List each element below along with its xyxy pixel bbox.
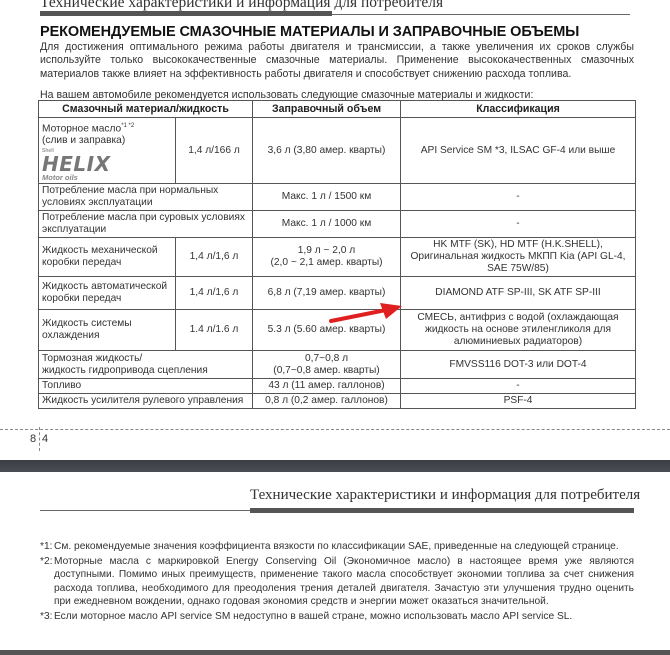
page-gap-band — [0, 460, 670, 472]
row-classification: - — [401, 379, 636, 394]
row-classification: DIAMOND ATF SP-III, SK ATF SP-III — [401, 277, 636, 310]
row-volume: 43 л (11 амер. галлонов) — [253, 379, 401, 394]
footnote-2: *2: Моторные масла с маркировкой Energy … — [40, 555, 634, 608]
table-row: Потребление масла при суровых условиях э… — [39, 211, 636, 238]
row-name: Жидкость системы охлаждения — [39, 310, 176, 351]
row-volume: 1,9 л ~ 2,0 л — [298, 245, 355, 256]
table-row: Потребление масла при нормальных условия… — [39, 184, 636, 211]
row-sub-volume: 1,4 л/1,6 л — [176, 277, 253, 310]
row-volume: 0,8 л (0,2 амер. галлонов) — [253, 394, 401, 409]
row-volume-2: (2,0 ~ 2,1 амер. кварты) — [270, 257, 382, 268]
lubricants-table: Смазочный материал/жидкость Заправочный … — [38, 100, 636, 409]
row-classification: API Service SM *3, ILSAC GF-4 или выше — [401, 118, 636, 184]
row-volume-cell: 0,7~0,8 л (0,7~0,8 амер. кварты) — [253, 351, 401, 379]
table-row: Тормозная жидкость/ жидкость гидропривод… — [39, 351, 636, 379]
row-classification: PSF-4 — [401, 394, 636, 409]
row-name-cell: Моторное масло*1 *2 (слив и заправка) Sh… — [39, 118, 176, 184]
bottom-edge — [0, 650, 670, 655]
row-name: Моторное масло — [42, 123, 121, 134]
shell-helix-logo: Shell HELIX Motor oils — [42, 149, 172, 182]
footnote-marker: *1: — [40, 540, 54, 553]
row-classification: СМЕСЬ, антифриз с водой (охлаждающая жид… — [401, 310, 636, 351]
row-volume: Макс. 1 л / 1000 км — [253, 211, 401, 238]
row-name: Тормозная жидкость/ — [42, 353, 142, 364]
footnotes: *1: См. рекомендуемые значения коэффицие… — [40, 540, 634, 625]
row-name: Жидкость усилителя рулевого управления — [39, 394, 253, 409]
header2-bar — [250, 508, 634, 513]
footnote-text: Моторные масла с маркировкой Energy Cons… — [54, 555, 634, 608]
row-volume-2: (0,7~0,8 амер. кварты) — [273, 365, 379, 376]
section-title: РЕКОМЕНДУЕМЫЕ СМАЗОЧНЫЕ МАТЕРИАЛЫ И ЗАПР… — [40, 24, 579, 40]
table-row: Топливо 43 л (11 амер. галлонов) - — [39, 379, 636, 394]
row-classification: FMVSS116 DOT-3 или DOT-4 — [401, 351, 636, 379]
header-bar — [40, 11, 332, 16]
row-classification: - — [401, 211, 636, 238]
header-classification: Классификация — [401, 101, 636, 118]
intro-paragraph: Для достижения оптимального режима работ… — [40, 41, 634, 81]
row-name: Топливо — [39, 379, 253, 394]
header-volume: Заправочный объем — [253, 101, 401, 118]
row-volume: 0,7~0,8 л — [305, 353, 348, 364]
row-sub-volume: 1.4 л/1.6 л — [176, 310, 253, 351]
page-number-divider — [39, 427, 40, 451]
page-number-right: 4 — [42, 433, 48, 445]
footnote-text: Если моторное масло API service SM недос… — [54, 610, 634, 623]
page-divider-dashed — [0, 429, 670, 430]
table-row: Жидкость механической коробки передач 1,… — [39, 238, 636, 277]
footnote-marker: *1 *2 — [121, 123, 134, 129]
header2-rule — [40, 510, 250, 511]
footnote-text: См. рекомендуемые значения коэффициента … — [54, 540, 634, 553]
header-lubricant: Смазочный материал/жидкость — [39, 101, 253, 118]
footnote-marker: *3: — [40, 610, 54, 623]
red-arrow-annotation — [328, 301, 408, 325]
row-classification: HK MTF (SK), HD MTF (H.K.SHELL), Оригина… — [401, 238, 636, 277]
table-row: Жидкость усилителя рулевого управления 0… — [39, 394, 636, 409]
footnote-3: *3: Если моторное масло API service SM н… — [40, 610, 634, 623]
table-header-row: Смазочный материал/жидкость Заправочный … — [39, 101, 636, 118]
row-name-2: (слив и заправка) — [42, 135, 125, 146]
footnote-1: *1: См. рекомендуемые значения коэффицие… — [40, 540, 634, 553]
row-sub-volume: 1,4 л/166 л — [176, 118, 253, 184]
logo-word: HELIX — [42, 154, 172, 174]
row-name: Жидкость автоматической коробки передач — [39, 277, 176, 310]
table-row: Моторное масло*1 *2 (слив и заправка) Sh… — [39, 118, 636, 184]
running-header-bottom: Технические характеристики и информация … — [250, 487, 640, 504]
row-volume: Макс. 1 л / 1500 км — [253, 184, 401, 211]
row-name: Потребление масла при суровых условиях э… — [39, 211, 253, 238]
row-name-cell: Тормозная жидкость/ жидкость гидропривод… — [39, 351, 253, 379]
header-rule — [332, 14, 630, 15]
row-volume: 3,6 л (3,80 амер. кварты) — [253, 118, 401, 184]
row-name-2: жидкость гидропривода сцепления — [42, 365, 208, 376]
row-volume-cell: 1,9 л ~ 2,0 л (2,0 ~ 2,1 амер. кварты) — [253, 238, 401, 277]
row-name: Потребление масла при нормальных условия… — [39, 184, 253, 211]
row-name: Жидкость механической коробки передач — [39, 238, 176, 277]
page-number-left: 8 — [30, 433, 36, 445]
footnote-marker: *2: — [40, 555, 54, 608]
row-classification: - — [401, 184, 636, 211]
row-sub-volume: 1,4 л/1,6 л — [176, 238, 253, 277]
